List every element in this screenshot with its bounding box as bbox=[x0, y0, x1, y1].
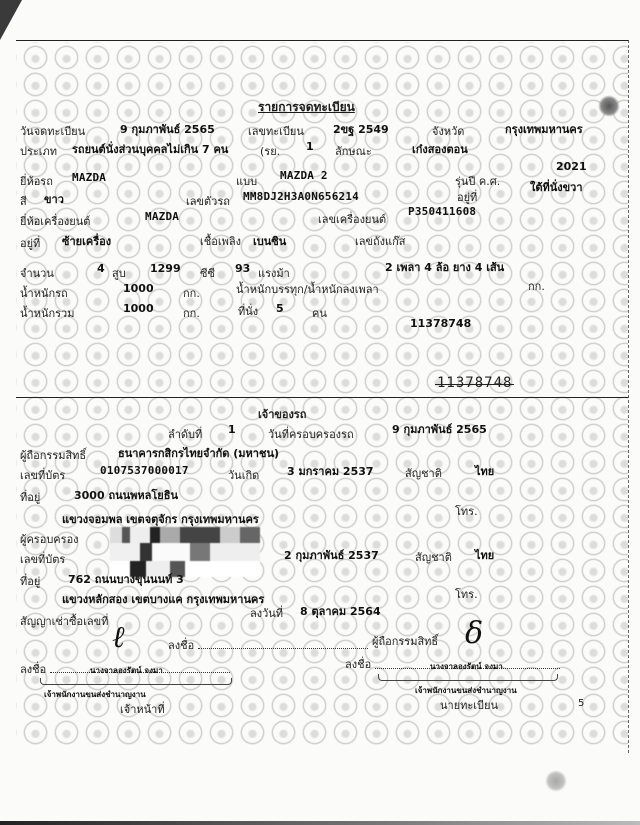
owner-name: ธนาคารกสิกรไทยจำกัด (มหาชน) bbox=[118, 444, 279, 462]
owner-phone-label: โทร. bbox=[455, 502, 478, 520]
section-title: รายการจดทะเบียน bbox=[258, 98, 355, 117]
rai-value: 1 bbox=[306, 140, 314, 153]
owner-sign-role: ผู้ถือกรรมสิทธิ์ bbox=[372, 632, 438, 650]
axles-tires: 2 เพลา 4 ล้อ ยาง 4 เส้น bbox=[385, 258, 504, 276]
color-label: สี bbox=[20, 192, 27, 210]
vehicle-type: รถยนต์นั่งส่วนบุคคลไม่เกิน 7 คน bbox=[72, 140, 228, 158]
style-label: ลักษณะ bbox=[335, 142, 372, 160]
possessor-address-label: ที่อยู่ bbox=[20, 572, 40, 590]
registrar-role: นายทะเบียน bbox=[440, 696, 498, 714]
color: ขาว bbox=[44, 190, 64, 208]
brand-label: ยี่ห้อรถ bbox=[20, 172, 53, 190]
registrar-name: นางจาลองรัตน์ จงมา bbox=[430, 660, 503, 673]
gas-tank-label: เลขถังแก๊ส bbox=[355, 232, 406, 250]
cylinders-label: จำนวน bbox=[20, 264, 54, 282]
sign-label-officer: ลงชื่อ bbox=[20, 660, 46, 678]
struck-serial: 11378748 bbox=[437, 375, 512, 391]
province-label: จังหวัด bbox=[432, 122, 464, 140]
owner-dob: 3 มกราคม 2537 bbox=[287, 462, 374, 480]
reg-date: 9 กุมภาพันธ์ 2565 bbox=[120, 120, 215, 138]
owner-nationality: ไทย bbox=[475, 462, 494, 480]
sign-label-1: ลงชื่อ bbox=[168, 636, 194, 654]
engine-brand-label: ยี่ห้อเครื่องยนต์ bbox=[20, 212, 90, 230]
owner-address-label: ที่อยู่ bbox=[20, 488, 40, 506]
page-mark: 5 bbox=[578, 698, 584, 709]
possessor-address-line2: แขวงหลักสอง เขตบางแค กรุงเทพมหานคร bbox=[62, 590, 264, 608]
owner-id-label: เลขที่บัตร bbox=[20, 466, 65, 484]
possessor-nationality-label: สัญชาติ bbox=[415, 548, 452, 566]
total-weight: 1000 bbox=[123, 302, 154, 315]
officer-bracket bbox=[40, 678, 232, 685]
possession-date-label: วันที่ครอบครองรถ bbox=[268, 425, 354, 443]
owner-address-line2: แขวงจอมพล เขตจตุจักร กรุงเทพมหานคร bbox=[62, 510, 259, 528]
engine-location: ซ้ายเครื่อง bbox=[62, 232, 111, 250]
chassis-location: ใต้ที่นั่งขวา bbox=[530, 178, 583, 196]
fuel-label: เชื้อเพลิง bbox=[200, 232, 241, 250]
cylinders: 4 bbox=[97, 262, 105, 275]
body-style: เก๋งสองตอน bbox=[412, 140, 468, 158]
owner-nationality-label: สัญชาติ bbox=[405, 464, 442, 482]
model-label: แบบ bbox=[236, 172, 257, 190]
possessor-phone-label: โทร. bbox=[455, 585, 478, 603]
owner-address-line1: 3000 ถนนพหลโยธิน bbox=[74, 486, 178, 504]
owner-id: 0107537000017 bbox=[100, 464, 189, 477]
horsepower: 93 bbox=[235, 262, 250, 275]
hire-purchase-label: สัญญาเช่าซื้อเลขที่ bbox=[20, 612, 108, 630]
rai-label: (รย. bbox=[260, 142, 280, 160]
seats-label: ที่นั่ง bbox=[238, 302, 258, 320]
engine-number: P350411608 bbox=[408, 205, 476, 218]
fuel-type: เบนซิน bbox=[253, 232, 286, 250]
registrar-signature: δ bbox=[465, 616, 483, 651]
possessor-id-label: เลขที่บัตร bbox=[20, 550, 65, 568]
type-label: ประเภท bbox=[20, 142, 57, 160]
load-unit: กก. bbox=[528, 277, 545, 295]
vehicle-registration-page: รายการจดทะเบียน วันจดทะเบียน 9 กุมภาพันธ… bbox=[0, 0, 640, 825]
car-weight-label: น้ำหนักรถ bbox=[20, 284, 68, 302]
cylinders-unit: สูบ bbox=[112, 264, 126, 282]
scan-bottom-edge bbox=[0, 821, 640, 825]
officer-signature: ℓ bbox=[112, 620, 125, 655]
cc-unit: ซีซี bbox=[200, 264, 215, 282]
province: กรุงเทพมหานคร bbox=[505, 120, 583, 138]
owner-section-title: เจ้าของรถ bbox=[258, 405, 306, 423]
possessor-address-line1: 762 ถนนบางขุนนนท์ 3 bbox=[68, 570, 184, 588]
chassis-label: เลขตัวรถ bbox=[186, 192, 230, 210]
plate-number: 2ขฐ 2549 bbox=[333, 120, 389, 138]
chassis-location-label: อยู่ที่ bbox=[457, 188, 477, 206]
engine-location-label: อยู่ที่ bbox=[20, 234, 40, 252]
seq-number: 1 bbox=[228, 423, 236, 436]
total-weight-label: น้ำหนักรวม bbox=[20, 304, 74, 322]
seats-unit: คน bbox=[312, 304, 327, 322]
model: MAZDA 2 bbox=[280, 169, 328, 182]
sign-line-owner bbox=[198, 648, 368, 649]
signed-date-label: ลงวันที่ bbox=[250, 604, 283, 622]
reg-date-label: วันจดทะเบียน bbox=[20, 122, 85, 140]
possession-date: 9 กุมภาพันธ์ 2565 bbox=[392, 420, 487, 438]
officer-role: เจ้าหน้าที่ bbox=[120, 700, 165, 718]
load-label: น้ำหนักบรรทุก/น้ำหนักลงเพลา bbox=[236, 280, 379, 298]
registrar-bracket bbox=[378, 674, 558, 681]
ink-blot bbox=[598, 95, 620, 117]
owner-label: ผู้ถือกรรมสิทธิ์ bbox=[20, 446, 86, 464]
engine-number-label: เลขเครื่องยนต์ bbox=[318, 210, 386, 228]
ink-smudge bbox=[545, 770, 567, 792]
car-weight: 1000 bbox=[123, 282, 154, 295]
seq-label: ลำดับที่ bbox=[168, 425, 202, 443]
engine-cc: 1299 bbox=[150, 262, 181, 275]
section-divider bbox=[16, 397, 628, 398]
form-serial: 11378748 bbox=[410, 317, 471, 330]
scan-shadow bbox=[0, 0, 22, 40]
brand: MAZDA bbox=[72, 171, 106, 184]
engine-brand: MAZDA bbox=[145, 210, 179, 223]
officer-name: นางจาลองรัตน์ จงมา bbox=[90, 664, 163, 677]
total-weight-unit: กก. bbox=[183, 304, 200, 322]
sign-label-registrar: ลงชื่อ bbox=[345, 655, 371, 673]
possessor-nationality: ไทย bbox=[475, 546, 494, 564]
owner-dob-label: วันเกิด bbox=[228, 466, 259, 484]
car-weight-unit: กก. bbox=[183, 284, 200, 302]
seats: 5 bbox=[276, 302, 284, 315]
possessor-label: ผู้ครอบครอง bbox=[20, 530, 79, 548]
model-year: 2021 bbox=[556, 160, 587, 173]
signed-date: 8 ตุลาคม 2564 bbox=[300, 602, 381, 620]
possessor-dob: 2 กุมภาพันธ์ 2537 bbox=[284, 546, 379, 564]
chassis-number: MM8DJ2H3A0N656214 bbox=[243, 190, 359, 203]
plate-label: เลขทะเบียน bbox=[248, 122, 304, 140]
